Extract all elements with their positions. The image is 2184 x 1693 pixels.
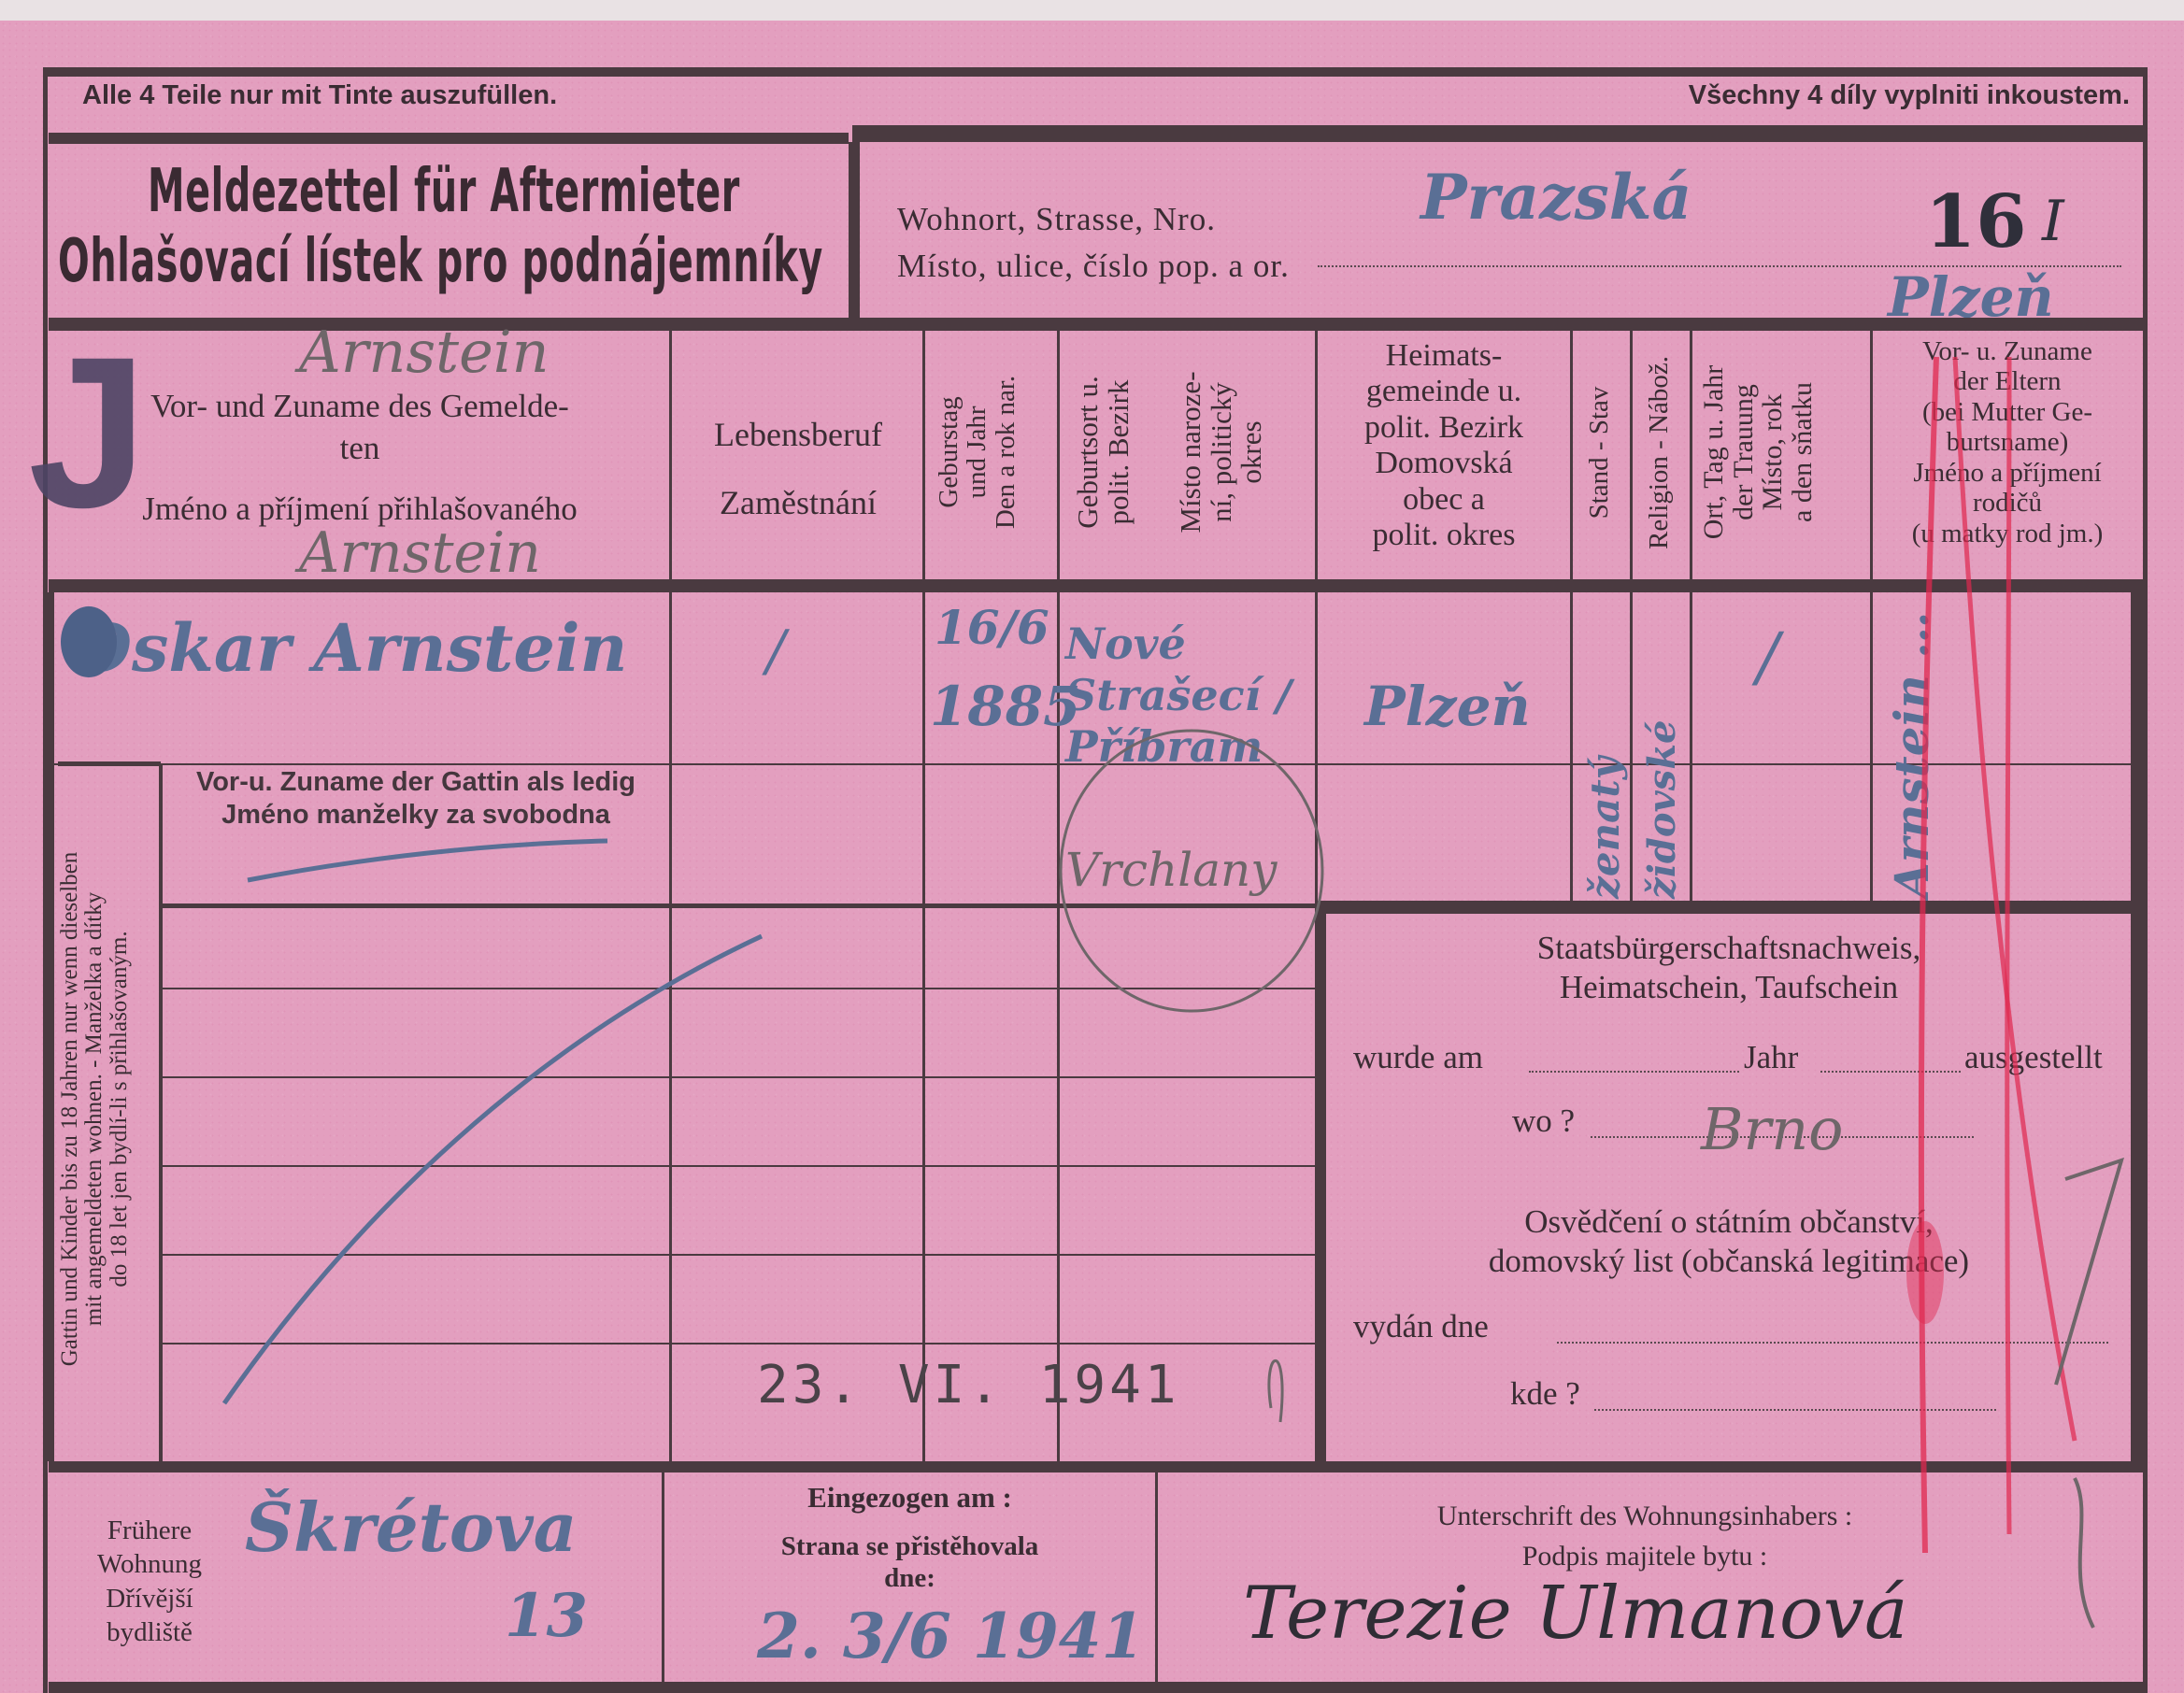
- child-row-5: [163, 1343, 1315, 1344]
- entry-birth-day-handwritten[interactable]: 16/6: [935, 600, 1049, 655]
- residence-number-handwritten[interactable]: 16: [1925, 179, 2027, 264]
- form-title-german: Meldezettel für Aftermieter: [148, 161, 740, 223]
- moved-in-label-czech-2: dne:: [664, 1564, 1155, 1592]
- data-col-1: [669, 592, 672, 1461]
- data-right-bar: [2131, 592, 2144, 901]
- child-row-2: [163, 1076, 1315, 1078]
- occupation-label-czech: Zaměstnání: [673, 486, 923, 521]
- form-title-czech: Ohlašovací lístek pro podnájemníky: [58, 231, 823, 293]
- data-col-2: [922, 592, 925, 1461]
- issued-on-label: wurde am: [1353, 1041, 1483, 1075]
- citizenship-box-left: [1315, 914, 1326, 1461]
- name-column-label-german: Vor- und Zuname des Gemelde-: [56, 390, 664, 424]
- moved-in-label-german: Eingezogen am :: [664, 1483, 1155, 1514]
- instruction-czech: Všechny 4 díly vyplniti inkoustem.: [1689, 81, 2130, 109]
- side-note: Gattin und Kinder bis zu 18 Jahren nur w…: [58, 768, 132, 1450]
- entry-parents-handwritten[interactable]: Arnstein …: [1888, 619, 1937, 899]
- spouse-block-left: [159, 763, 163, 1461]
- residence-label-czech: Místo, ulice, číslo pop. a or.: [897, 249, 1290, 284]
- where-value-pencil[interactable]: Brno: [1701, 1095, 1843, 1163]
- entry-religion-handwritten[interactable]: židovské: [1643, 656, 1682, 899]
- entry-occupation-handwritten[interactable]: /: [766, 619, 785, 684]
- issued-label: ausgestellt: [1964, 1041, 2103, 1075]
- title-box-top: [49, 133, 849, 144]
- where-cz-field[interactable]: [1594, 1409, 1996, 1411]
- bottom-divider-2: [1155, 1472, 1158, 1682]
- side-note-top: [58, 761, 161, 766]
- entry-birthplace-circled-pencil: Vrchlany: [1065, 843, 1277, 897]
- col-divider-7: [1690, 331, 1692, 579]
- where-label: wo ?: [1512, 1104, 1575, 1139]
- data-col-5: [1570, 592, 1573, 901]
- entry-birthplace-handwritten[interactable]: Nové Strašecí / Příbram: [1065, 619, 1318, 774]
- where-cz-label: kde ?: [1510, 1377, 1580, 1412]
- col-divider-5: [1570, 331, 1573, 579]
- occupation-label-german: Lebensberuf: [673, 418, 923, 453]
- issued-on-field[interactable]: [1529, 1071, 1739, 1073]
- year-field[interactable]: [1820, 1071, 1961, 1073]
- moved-in-label-czech: Strana se přistěhovala: [664, 1532, 1155, 1560]
- data-col-8: [1870, 592, 1873, 901]
- citizenship-czech-title-1: Osvědčení o státním občanství,: [1327, 1205, 2131, 1240]
- child-row-3: [163, 1165, 1315, 1167]
- citizenship-title-1: Staatsbürgerschaftsnachweis,: [1327, 932, 2131, 966]
- moved-in-date-handwritten[interactable]: 2. 3/6 1941: [757, 1600, 1145, 1672]
- data-col-7: [1690, 592, 1692, 901]
- child-row-1: [163, 988, 1315, 989]
- birthplace-label-german: Geburtsort u. polit. Bezirk: [1073, 331, 1134, 574]
- citizenship-title-2: Heimatschein, Taufschein: [1327, 971, 2131, 1005]
- data-col-6: [1630, 592, 1633, 901]
- status-label: Stand - Stav: [1585, 334, 1613, 572]
- parents-label: Vor- u. Zuname der Eltern (bei Mutter Ge…: [1873, 336, 2142, 548]
- data-left-bar: [43, 592, 54, 1461]
- spouse-label-german: Vor-u. Zuname der Gattin als ledig: [163, 768, 669, 796]
- birthplace-label-czech: Místo naroze- ní, politický okres: [1176, 331, 1267, 574]
- birthdate-label: Geburstag und Jahr Den a rok nar.: [935, 331, 1020, 574]
- instruction-german: Alle 4 Teile nur mit Tinte auszufüllen.: [82, 81, 557, 109]
- home-municipality-label: Heimats- gemeinde u. polit. Bezirk Domov…: [1318, 338, 1570, 553]
- address-box-top: [852, 125, 2143, 142]
- previous-residence-label: Frühere Wohnung Dřívější bydliště: [56, 1514, 243, 1649]
- title-box-divider: [849, 142, 860, 320]
- col-divider-6: [1630, 331, 1633, 579]
- surname-pencil-top: Arnstein: [299, 318, 550, 386]
- date-stamp: 23. VI. 1941: [757, 1355, 1180, 1416]
- entry-marriage-handwritten[interactable]: /: [1757, 619, 1779, 695]
- entry-birth-year-handwritten[interactable]: 1885: [930, 675, 1080, 738]
- religion-label: Religion - Nábož.: [1645, 334, 1673, 572]
- citizenship-box-top: [1315, 901, 2143, 914]
- entry-home-municipality-handwritten[interactable]: Plzeň: [1364, 675, 1531, 738]
- residence-floor-handwritten[interactable]: I: [2042, 189, 2064, 254]
- previous-residence-street-handwritten[interactable]: Škrétova: [245, 1487, 577, 1567]
- frame-top: [43, 67, 2148, 77]
- issued-cz-label: vydán dne: [1353, 1310, 1489, 1344]
- previous-residence-number-handwritten[interactable]: 13: [505, 1581, 588, 1651]
- spouse-label-czech: Jméno manželky za svobodna: [163, 801, 669, 829]
- bottom-section-top: [49, 1461, 2143, 1472]
- child-row-4: [163, 1254, 1315, 1256]
- signature-label-czech: Podpis majitele bytu :: [1159, 1542, 2131, 1572]
- surname-pencil-bottom: Arnstein: [299, 520, 541, 586]
- citizenship-box-right: [2131, 914, 2144, 1461]
- citizenship-czech-title-2: domovský list (občanská legitimace): [1327, 1245, 2131, 1279]
- issued-cz-field[interactable]: [1557, 1342, 2108, 1344]
- year-label: Jahr: [1744, 1041, 1798, 1075]
- bottom-section-bottom: [49, 1682, 2143, 1693]
- entry-status-handwritten[interactable]: ženatý: [1585, 656, 1626, 899]
- residence-street-handwritten[interactable]: Prazská: [1420, 161, 1692, 234]
- residence-label-german: Wohnort, Strasse, Nro.: [897, 203, 1216, 237]
- entry-name-handwritten[interactable]: Oskar Arnstein: [75, 609, 627, 687]
- registration-form: Alle 4 Teile nur mit Tinte auszufüllen. …: [0, 21, 2184, 1693]
- marriage-label: Ort, Tag u. Jahr der Trauung Místo, rok …: [1699, 331, 1817, 574]
- signature-label-german: Unterschrift des Wohnungsinhabers :: [1159, 1501, 2131, 1531]
- col-divider-1: [669, 331, 672, 579]
- children-block-top: [163, 903, 1315, 908]
- col-divider-2: [922, 331, 925, 579]
- name-column-label-german-2: ten: [56, 432, 664, 466]
- landlord-signature[interactable]: Terezie Ulmanová: [1243, 1572, 1907, 1656]
- col-divider-3: [1057, 331, 1060, 579]
